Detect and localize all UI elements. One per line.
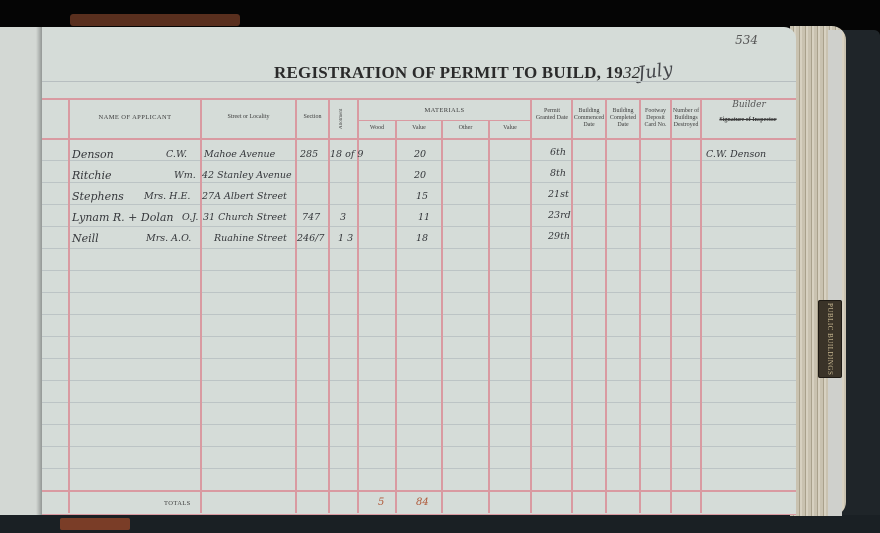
permit-date: 6th: [550, 147, 566, 158]
col-rule: [328, 98, 330, 513]
col-header-signature: Signature of Inspector: [706, 117, 790, 124]
applicant-initials: Mrs. H.E.: [144, 191, 190, 202]
section: 747: [302, 212, 320, 223]
col-rule: [200, 98, 202, 513]
col-rule: [571, 98, 573, 513]
street: 42 Stanley Avenue: [202, 170, 292, 181]
col-header-value-other: Value: [490, 125, 530, 132]
row-rule: [42, 314, 796, 315]
applicant-initials: C.W.: [166, 149, 187, 160]
applicant-surname: Lynam R. + Dolan: [72, 211, 174, 224]
col-header-building-completed: Building Completed Date: [607, 108, 639, 129]
totals-bottom-rule: [42, 514, 796, 515]
allotment: 18 of 9: [330, 149, 363, 160]
col-header-street: Street or Locality: [202, 114, 295, 121]
col-header-footway-deposit: Footway Deposit Card No.: [641, 108, 670, 129]
applicant-surname: Denson: [72, 148, 114, 161]
allotment: 1 3: [338, 233, 353, 244]
col-rule: [530, 98, 532, 513]
value: 20: [414, 149, 426, 160]
applicant-initials: Wm.: [174, 170, 196, 181]
street: Ruahine Street: [214, 233, 287, 244]
permit-date: 8th: [550, 168, 566, 179]
value: 18: [416, 233, 428, 244]
materials-subrule: [357, 120, 530, 121]
col-header-section: Section: [297, 114, 328, 121]
col-header-value: Value: [397, 125, 441, 132]
col-rule: [605, 98, 607, 513]
total-wood: 5: [378, 497, 384, 508]
header-bottom-rule: [42, 138, 796, 140]
col-rule: [639, 98, 641, 513]
section: 246/7: [297, 233, 324, 244]
row-rule: [42, 336, 796, 337]
applicant-surname: Stephens: [72, 190, 124, 203]
row-rule: [42, 358, 796, 359]
row-rule: [42, 160, 796, 161]
title-rule: [42, 81, 796, 82]
totals-label: TOTALS: [164, 500, 191, 507]
applicant-surname: Neill: [72, 232, 99, 245]
book-cover-worn-leather: [60, 518, 130, 530]
applicant-surname: Ritchie: [72, 169, 112, 182]
ledger-page: 534 REGISTRATION OF PERMIT TO BUILD, 193…: [42, 27, 796, 515]
col-header-wood: Wood: [359, 125, 395, 132]
allotment: 3: [340, 212, 346, 223]
col-rule: [295, 98, 297, 513]
col-header-permit-granted: Permit Granted Date: [535, 108, 569, 122]
row-rule: [42, 270, 796, 271]
book-cover-bottom: [0, 515, 880, 533]
row-rule: [42, 182, 796, 183]
permit-date: 29th: [548, 231, 570, 242]
row-rule: [42, 204, 796, 205]
page-title: REGISTRATION OF PERMIT TO BUILD, 1932: [274, 63, 640, 83]
col-header-building-commenced: Building Commenced Date: [573, 108, 605, 129]
row-rule: [42, 424, 796, 425]
total-value: 84: [416, 497, 429, 508]
section: 285: [300, 149, 318, 160]
col-rule: [68, 98, 70, 513]
col-header-allotment: Allotment: [338, 104, 345, 134]
col-header-materials: MATERIALS: [359, 107, 530, 114]
applicant-initials: O.J.: [182, 212, 198, 223]
value: 11: [418, 212, 430, 223]
street: 27A Albert Street: [202, 191, 287, 202]
col-header-builder-handwritten: Builder: [714, 102, 784, 109]
totals-top-rule: [42, 490, 796, 492]
street: Mahoe Avenue: [204, 149, 275, 160]
street: 31 Church Street: [203, 212, 287, 223]
col-header-other: Other: [443, 125, 488, 132]
col-rule: [357, 98, 359, 513]
applicant-initials: Mrs. A.O.: [146, 233, 191, 244]
col-rule: [395, 120, 397, 513]
permit-date: 23rd: [548, 210, 571, 221]
row-rule: [42, 226, 796, 227]
col-rule: [441, 120, 443, 513]
spine-tab: PUBLIC BUILDINGS: [818, 300, 842, 378]
value: 15: [416, 191, 428, 202]
book-cover-edge: [70, 14, 240, 26]
value: 20: [414, 170, 426, 181]
row-rule: [42, 468, 796, 469]
col-header-buildings-destroyed: Number of Buildings Destroyed: [672, 108, 700, 129]
page-edges-lower: [828, 30, 842, 516]
spine-label: PUBLIC BUILDINGS: [826, 303, 834, 375]
row-rule: [42, 248, 796, 249]
page-number: 534: [735, 33, 758, 47]
col-rule: [670, 98, 672, 513]
row-rule: [42, 402, 796, 403]
row-rule: [42, 446, 796, 447]
builder: C.W. Denson: [706, 149, 766, 160]
row-rule: [42, 292, 796, 293]
row-rule: [42, 380, 796, 381]
col-header-name: NAME OF APPLICANT: [70, 114, 200, 121]
title-text: REGISTRATION OF PERMIT TO BUILD, 19: [274, 63, 623, 82]
ledger-table: NAME OF APPLICANT Street or Locality Sec…: [42, 98, 796, 498]
header-top-rule: [42, 98, 796, 100]
col-rule: [488, 120, 490, 513]
permit-date: 21st: [548, 189, 569, 200]
col-rule: [700, 98, 702, 513]
